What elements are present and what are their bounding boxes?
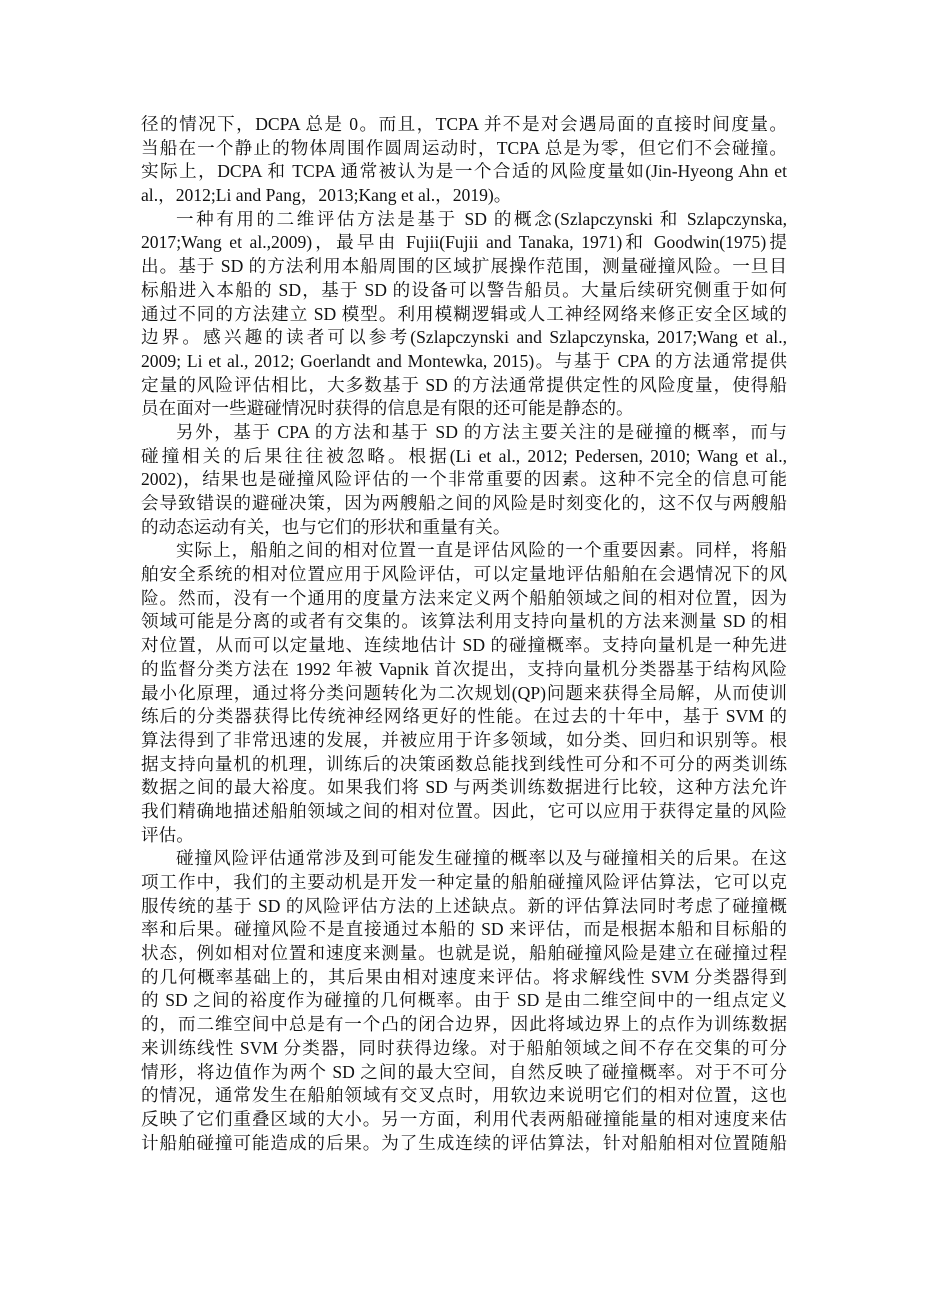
text-line: 2009; Li et al., 2012; Goerlandt and Mon… [141,350,787,374]
text-line: 的 SD 之间的裕度作为碰撞的几何概率。由于 SD 是由二维空间中的一组点定义 [141,989,787,1013]
text-line: 的几何概率基础上的，其后果由相对速度来评估。将求解线性 SVM 分类器得到 [141,966,787,990]
text-line: 评估。 [141,824,787,848]
text-line: 反映了它们重叠区域的大小。另一方面，利用代表两船碰撞能量的相对速度来估 [141,1108,787,1132]
text-line: 的动态运动有关，也与它们的形状和重量有关。 [141,516,787,540]
text-line: 来训练线性 SVM 分类器，同时获得边缘。对于船舶领域之间不存在交集的可分 [141,1037,787,1061]
text-line: 的，而二维空间中总是有一个凸的闭合边界，因此将域边界上的点作为训练数据 [141,1013,787,1037]
text-line: 碰撞风险评估通常涉及到可能发生碰撞的概率以及与碰撞相关的后果。在这 [141,847,787,871]
text-line: 领域可能是分离的或者有交集的。该算法利用支持向量机的方法来测量 SD 的相 [141,610,787,634]
text-line: 边界。感兴趣的读者可以参考(Szlapczynski and Szlapczyn… [141,326,787,350]
text-line: 最小化原理，通过将分类问题转化为二次规划(QP)问题来获得全局解，从而使训 [141,682,787,706]
text-line: 据支持向量机的机理，训练后的决策函数总能找到线性可分和不可分的两类训练 [141,753,787,777]
text-line: 的情况，通常发生在船舶领域有交叉点时，用软边来说明它们的相对位置，这也 [141,1084,787,1108]
text-line: 的监督分类方法在 1992 年被 Vapnik 首次提出，支持向量机分类器基于结… [141,658,787,682]
text-line: 另外，基于 CPA 的方法和基于 SD 的方法主要关注的是碰撞的概率，而与 [141,421,787,445]
text-line: 定量的风险评估相比，大多数基于 SD 的方法通常提供定性的风险度量，使得船 [141,374,787,398]
text-line: 员在面对一些避碰情况时获得的信息是有限的还可能是静态的。 [141,397,787,421]
text-line: 练后的分类器获得比传统神经网络更好的性能。在过去的十年中，基于 SVM 的 [141,705,787,729]
text-line: 2002)，结果也是碰撞风险评估的一个非常重要的因素。这种不完全的信息可能 [141,468,787,492]
text-line: 计船舶碰撞可能造成的后果。为了生成连续的评估算法，针对船舶相对位置随船 [141,1132,787,1156]
text-line: 通过不同的方法建立 SD 模型。利用模糊逻辑或人工神经网络来修正安全区域的 [141,303,787,327]
text-line: 径的情况下，DCPA 总是 0。而且，TCPA 并不是对会遇局面的直接时间度量。 [141,113,787,137]
text-line: 状态，例如相对位置和速度来测量。也就是说，船舶碰撞风险是建立在碰撞过程 [141,942,787,966]
text-line: 情形，将边值作为两个 SD 之间的最大空间，自然反映了碰撞概率。对于不可分 [141,1061,787,1085]
text-line: 标船进入本船的 SD，基于 SD 的设备可以警告船员。大量后续研究侧重于如何 [141,279,787,303]
paragraph-3: 另外，基于 CPA 的方法和基于 SD 的方法主要关注的是碰撞的概率，而与 碰撞… [141,421,787,539]
paragraph-4: 实际上，船舶之间的相对位置一直是评估风险的一个重要因素。同样，将船 舶安全系统的… [141,539,787,847]
paragraph-1: 径的情况下，DCPA 总是 0。而且，TCPA 并不是对会遇局面的直接时间度量。… [141,113,787,208]
text-line: 2017;Wang et al.,2009)，最早由 Fujii(Fujii a… [141,231,787,255]
text-line: 实际上，船舶之间的相对位置一直是评估风险的一个重要因素。同样，将船 [141,539,787,563]
text-line: 算法得到了非常迅速的发展，并被应用于许多领域，如分类、回归和识别等。根 [141,729,787,753]
text-line: 服传统的基于 SD 的风险评估方法的上述缺点。新的评估算法同时考虑了碰撞概 [141,895,787,919]
text-line: 一种有用的二维评估方法是基于 SD 的概念(Szlapczynski 和 Szl… [141,208,787,232]
paragraph-5: 碰撞风险评估通常涉及到可能发生碰撞的概率以及与碰撞相关的后果。在这 项工作中，我… [141,847,787,1155]
text-line: 对位置，从而可以定量地、连续地估计 SD 的碰撞概率。支持向量机是一种先进 [141,634,787,658]
text-line: 项工作中，我们的主要动机是开发一种定量的船舶碰撞风险评估算法，它可以克 [141,871,787,895]
text-line: 舶安全系统的相对位置应用于风险评估，可以定量地评估船舶在会遇情况下的风 [141,563,787,587]
text-line: 会导致错误的避碰决策，因为两艘船之间的风险是时刻变化的，这不仅与两艘船 [141,492,787,516]
text-line: 实际上，DCPA 和 TCPA 通常被认为是一个合适的风险度量如(Jin-Hye… [141,160,787,184]
text-line: 率和后果。碰撞风险不是直接通过本船的 SD 来评估，而是根据本船和目标船的 [141,918,787,942]
text-line: 险。然而，没有一个通用的度量方法来定义两个船舶领域之间的相对位置，因为 [141,587,787,611]
paragraph-2: 一种有用的二维评估方法是基于 SD 的概念(Szlapczynski 和 Szl… [141,208,787,421]
document-page: 径的情况下，DCPA 总是 0。而且，TCPA 并不是对会遇局面的直接时间度量。… [141,113,787,1155]
text-line: 我们精确地描述船舶领域之间的相对位置。因此，它可以应用于获得定量的风险 [141,800,787,824]
text-line: 碰撞相关的后果往往被忽略。根据(Li et al., 2012; Pederse… [141,445,787,469]
text-line: 出。基于 SD 的方法利用本船周围的区域扩展操作范围，测量碰撞风险。一旦目 [141,255,787,279]
text-line: 当船在一个静止的物体周围作圆周运动时，TCPA 总是为零，但它们不会碰撞。 [141,137,787,161]
text-line: al.，2012;Li and Pang，2013;Kang et al.，20… [141,184,787,208]
text-line: 数据之间的最大裕度。如果我们将 SD 与两类训练数据进行比较，这种方法允许 [141,776,787,800]
